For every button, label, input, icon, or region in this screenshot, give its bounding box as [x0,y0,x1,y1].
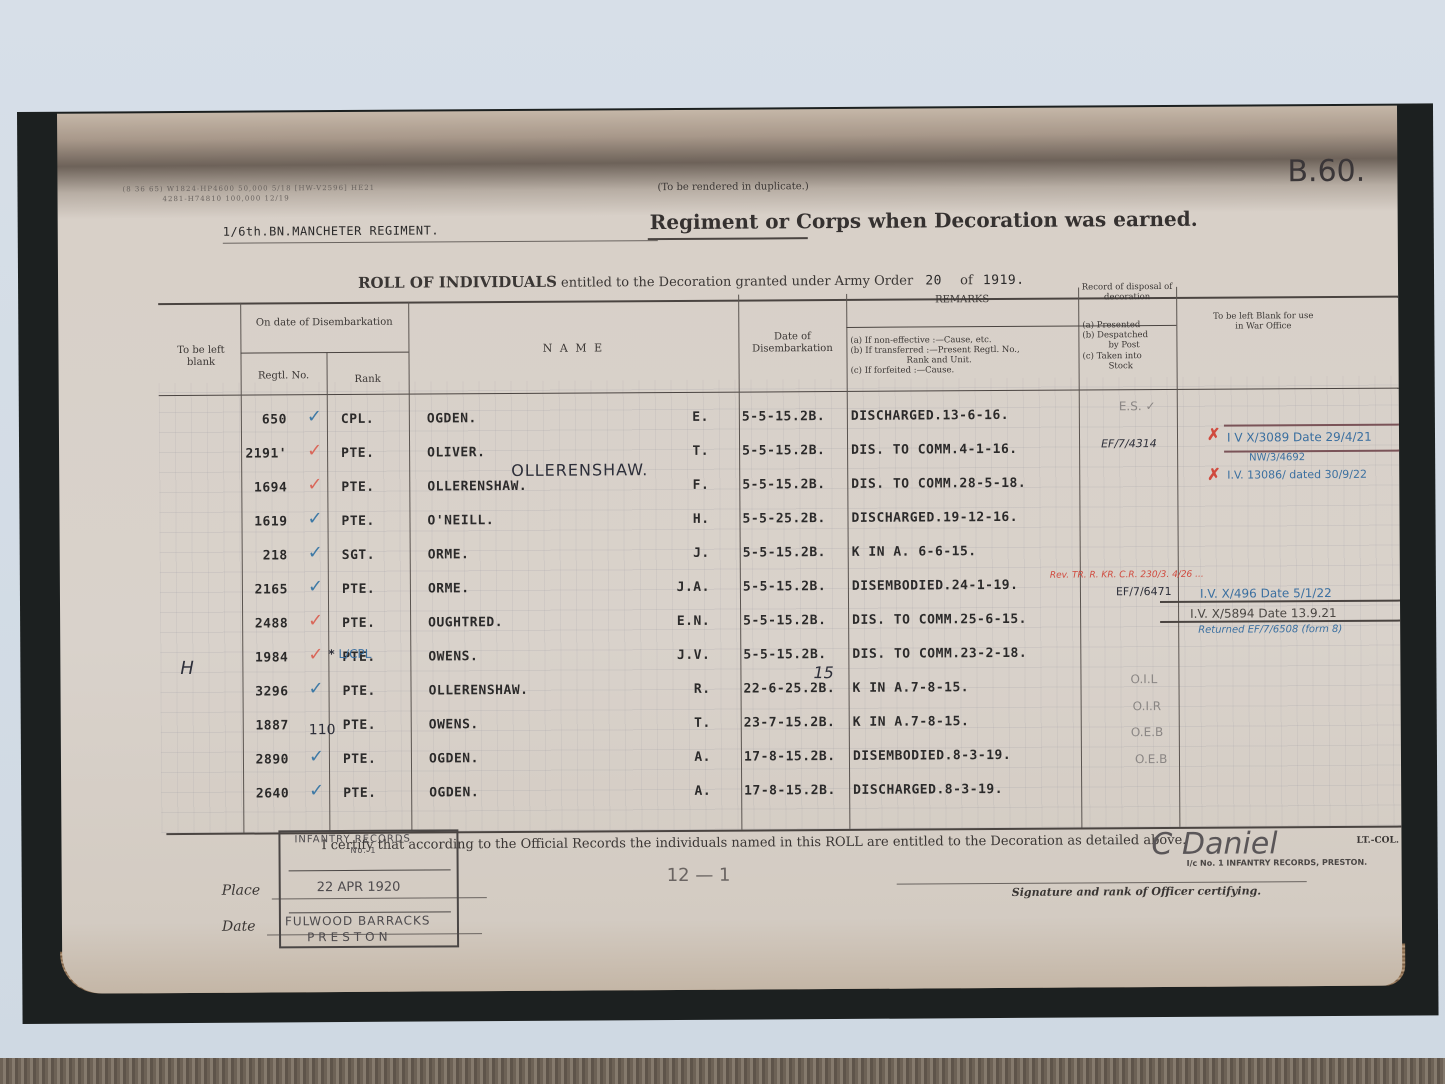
initials-cell: T. [692,444,709,459]
surname-cell: OGDEN. [429,751,479,766]
officer-unit: I/c No. 1 INFANTRY RECORDS, PRESTON. [1187,858,1368,868]
date-cell: 5-5-15.2B. [743,579,826,595]
initials-cell: T. [694,716,711,731]
print-code-line2: 4281-H74810 100,000 12/19 [163,194,290,203]
surname-cell: OWENS. [428,649,478,664]
regtl-no-cell: 218 [263,548,288,563]
remarks-cell: DIS. TO COMM.28-5-18. [851,476,1026,492]
officer-rank: LT.-COL. [1356,836,1399,846]
initials-cell: E. [692,410,709,425]
red-cross-mark-1: ✗ [1207,425,1221,444]
date-cell: 5-5-15.2B. [743,647,826,663]
header-on-date-of: On date of Disembarkation [243,317,405,329]
date-cell: 5-5-15.2B. [742,409,825,425]
remarks-cell: DISEMBODIED.24-1-19. [852,578,1019,594]
red-check-icon: ✓ [308,610,323,631]
date-label: Date [222,919,256,935]
header-name: N A M E [413,342,733,357]
disposal-row9-note: O.I.L [1130,672,1157,686]
red-check-icon: ✓ [307,440,322,461]
remarks-cell: K IN A.7-8-15. [853,714,970,730]
war-office-row8: Returned EF/7/6508 (form 8) [1198,624,1342,636]
asterisk-mark: * [328,647,334,661]
caption-rule [648,237,808,240]
regtl-no-mark: 110 [309,722,336,738]
blue-check-icon: ✓ [307,508,322,529]
date-cell: 5-5-15.2B. [742,477,825,493]
surname-cell: OUGHTRED. [428,615,503,630]
header-disposal: Record of disposal of decoration [1080,283,1174,303]
roll-title: ROLL OF INDIVIDUALS entitled to the Deco… [358,270,1025,292]
disposal-row11-note: O.E.B [1131,725,1163,739]
date-cell: 23-7-15.2B. [744,715,836,731]
initials-cell: F. [693,478,710,493]
regtl-no-cell: 1984 [255,650,288,665]
roll-title-middle: entitled to the Decoration granted under… [561,274,913,291]
surname-cell: OGDEN. [427,411,477,426]
date-cell: 17-8-15.2B. [744,749,836,765]
remarks-cell: DIS. TO COMM.23-2-18. [852,646,1027,662]
stamp-line1: INFANTRY RECORDS [294,834,410,846]
margin-letter: H [180,658,194,679]
duplicate-note: (To be rendered in duplicate.) [657,181,808,193]
rank-cell: PTE. [341,480,374,495]
initials-cell: J. [693,546,710,561]
blue-check-icon: ✓ [308,576,323,597]
rank-cell: SGT. [342,548,375,563]
header-disposal-b2: by Post [1108,341,1139,351]
remarks-cell: DIS. TO COMM.4-1-16. [851,442,1018,458]
rank-cell: PTE. [343,684,376,699]
date-correction-note: 15 [813,663,833,682]
war-office-row6: I.V. X/496 Date 5/1/22 [1200,586,1332,601]
war-office-row7: I.V. X/5894 Date 13.9.21 [1190,606,1337,621]
army-order-of: of [960,273,973,288]
surname-cell: OWENS. [429,717,479,732]
surname-cell: ORME. [428,581,470,596]
regiment-caption: Regiment or Corps when Decoration was ea… [650,207,1198,234]
disposal-row12-note: O.E.B [1135,752,1167,766]
regtl-no-cell: 3296 [255,684,288,699]
army-order-year: 1919. [983,273,1025,288]
infantry-records-stamp: INFANTRY RECORDS No. 1 22 APR 1920 FULWO… [278,829,459,948]
regtl-no-cell: 2191' [245,446,287,461]
stamp-date: 22 APR 1920 [317,880,401,896]
rank-cell: PTE. [343,718,376,733]
surname-cell: OGDEN. [429,785,479,800]
initials-cell: H. [693,512,710,527]
war-office-row2c: I.V. 13086/ dated 30/9/22 [1227,468,1367,482]
blue-check-icon: ✓ [309,780,324,801]
initials-cell: A. [694,750,711,765]
war-office-row2b: NW/3/4692 [1249,452,1305,463]
war-office-row2a: I V X/3089 Date 29/4/21 [1227,430,1372,445]
place-label: Place [222,883,260,899]
table-top-rule [158,296,1398,306]
regtl-no-cell: 2488 [255,616,288,631]
stamp-rule-1 [289,869,451,871]
date-cell: 22-6-25.2B. [743,681,835,697]
blue-check-icon: ✓ [307,406,322,427]
rank-cell: CPL. [341,412,374,427]
regtl-no-cell: 2890 [256,752,289,767]
print-code-line1: (8 36 65) W1824-HP4600 50,000 5/18 [HW-V… [122,184,375,194]
initials-cell: J.A. [677,580,710,595]
date-cell: 5-5-25.2B. [742,511,825,527]
roll-title-prefix: ROLL OF INDIVIDUALS [358,273,557,292]
disposal-row6-note: EF/7/6471 [1116,585,1172,598]
red-check-icon: ✓ [308,644,323,665]
surname-cell: OLLERENSHAW. [428,683,528,699]
header-remarks: REMARKS [848,294,1076,307]
officer-signature: C Daniel [1151,826,1277,862]
header-left-blank: To be left blank [163,345,238,368]
rank-cell: PTE. [342,616,375,631]
blue-check-icon: ✓ [308,542,323,563]
regtl-no-cell: 1694 [254,480,287,495]
surname-cell: ORME. [428,547,470,562]
folio-number: B.60. [1287,154,1365,189]
regiment-underline [223,240,658,244]
army-order-number: 20 [925,273,942,288]
surname-cell: OLLERENSHAW. [427,479,527,495]
remarks-cell: DISEMBODIED.8-3-19. [853,748,1011,764]
blue-check-icon: ✓ [309,746,324,767]
red-cross-mark-2: ✗ [1207,465,1221,484]
stamp-line2: No. 1 [350,846,376,855]
disposal-row10-note: O.I.R [1133,699,1162,713]
remarks-cell: K IN A.7-8-15. [852,680,969,696]
subheader-rule-1 [240,352,408,354]
rank-correction-text: L/CPL [338,647,371,661]
remarks-cell: K IN A. 6-6-15. [852,544,977,560]
ledger-page: (8 36 65) W1824-HP4600 50,000 5/18 [HW-V… [57,106,1402,994]
disposal-row1-note: E.S. ✓ [1119,399,1156,413]
rank-cell: PTE. [342,582,375,597]
rank-cell: PTE. [343,786,376,801]
rank-cell: PTE. [341,514,374,529]
remarks-cell: DISCHARGED.13-6-16. [851,408,1009,424]
regtl-no-cell: 1887 [255,718,288,733]
header-remarks-c: (c) If forfeited :—Cause. [851,366,955,376]
date-cell: 5-5-15.2B. [743,545,826,561]
disposal-row2-note: EF/7/4314 [1101,437,1157,450]
initials-cell: E.N. [677,614,710,629]
blue-check-icon: ✓ [308,678,323,699]
date-cell: 5-5-15.2B. [742,443,825,459]
regtl-no-cell: 1619 [254,514,287,529]
regtl-no-cell: 650 [262,412,287,427]
surname-cell: OLIVER. [427,445,485,460]
date-cell: 17-8-15.2B. [744,783,836,799]
header-date-of-disembarkation: Date of Disembarkation [740,331,844,355]
red-check-icon: ✓ [307,474,322,495]
header-rank: Rank [329,374,407,386]
tally-note: 12 — 1 [667,865,731,886]
regtl-no-cell: 2640 [256,786,289,801]
carpet-strip [0,1058,1445,1084]
stamp-line4: PRESTON [307,930,392,945]
initials-cell: A. [694,784,711,799]
rank-correction-note: * L/CPL [328,647,371,661]
regiment-typed: 1/6th.BN.MANCHETER REGIMENT. [223,223,439,238]
rank-cell: PTE. [343,752,376,767]
war-office-row6-red: Rev. TR. R. KR. C.R. 230/3. 4/26 ... [1050,570,1204,581]
signature-caption: Signature and rank of Officer certifying… [1012,884,1261,899]
remarks-cell: DISCHARGED.8-3-19. [853,782,1003,798]
stamp-line3: FULWOOD BARRACKS [285,913,431,928]
surname-cell: O'NEILL. [427,513,494,528]
initials-cell: R. [694,682,711,697]
date-cell: 5-5-15.2B. [743,613,826,629]
rank-cell: PTE. [341,446,374,461]
remarks-cell: DIS. TO COMM.25-6-15. [852,612,1027,628]
header-regtl-no: Regtl. No. [244,370,324,382]
header-war-office: To be left Blank for use in War Office [1208,312,1318,332]
header-disposal-c2: Stock [1109,362,1133,372]
ledger-photograph: (8 36 65) W1824-HP4600 50,000 5/18 [HW-V… [17,103,1439,1024]
name-correction-note: OLLERENSHAW. [511,460,648,480]
remarks-cell: DISCHARGED.19-12-16. [851,510,1018,526]
initials-cell: J.V. [677,648,710,663]
regtl-no-cell: 2165 [255,582,288,597]
